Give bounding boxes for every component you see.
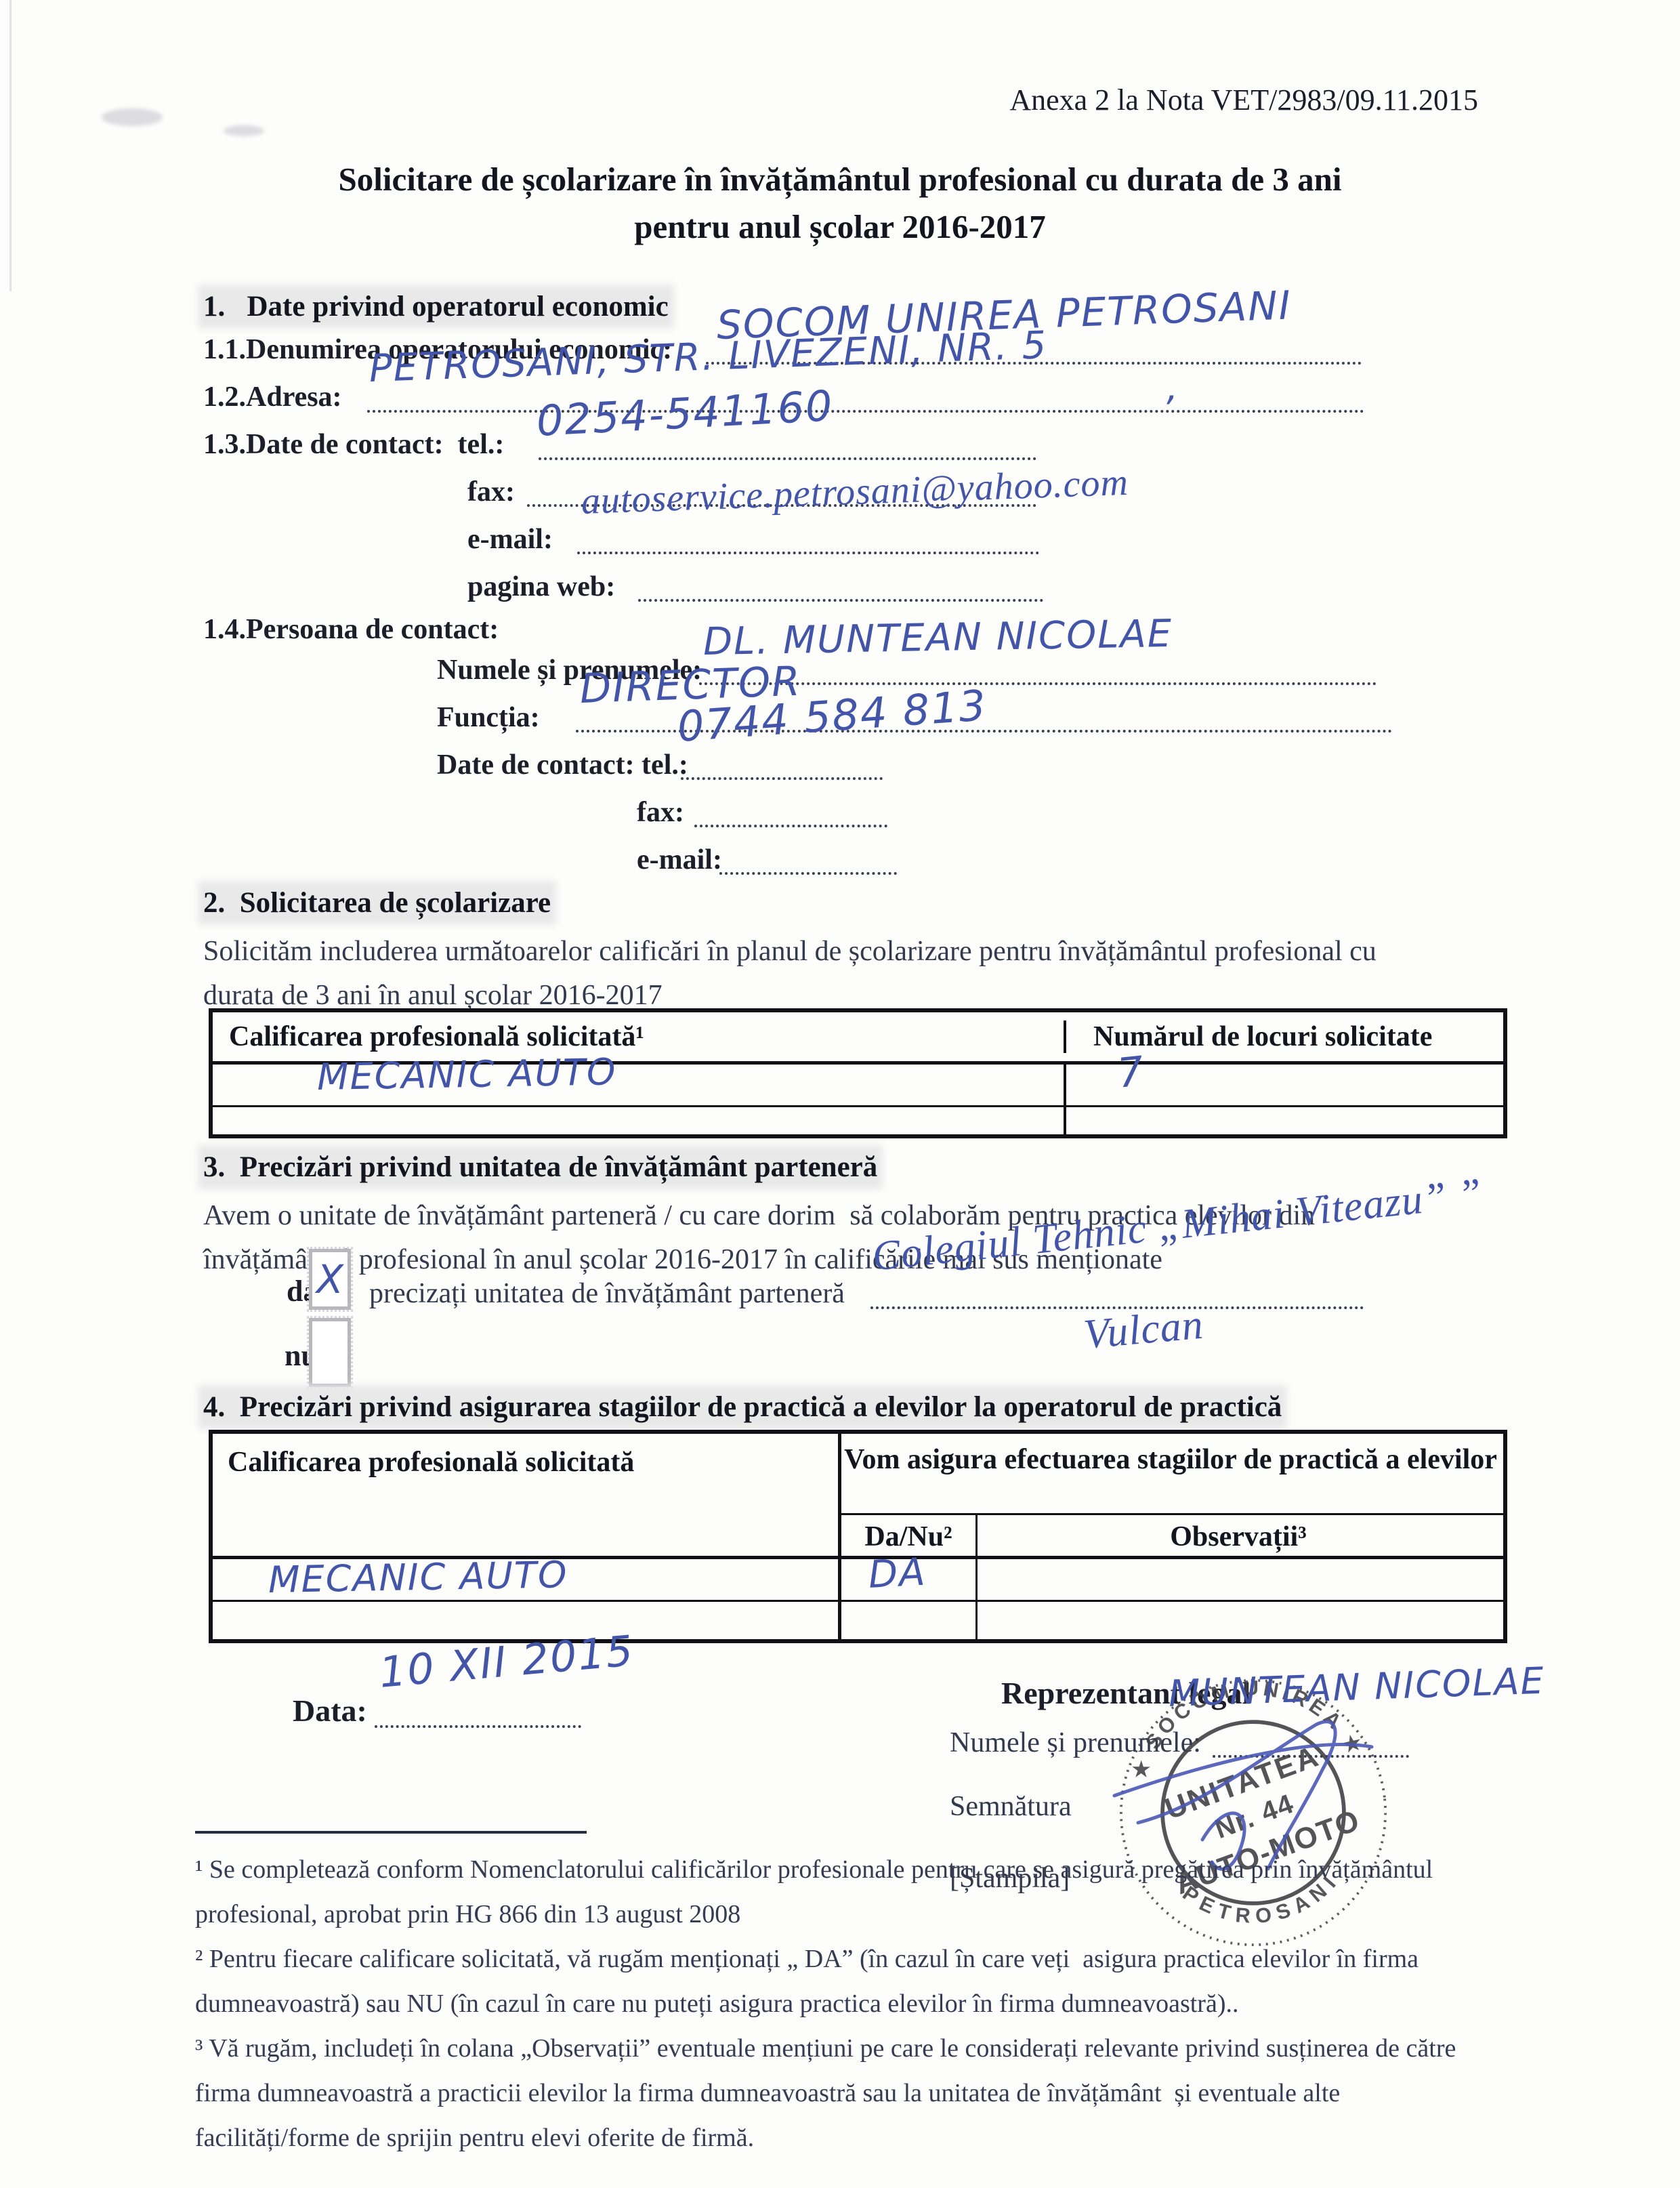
- scan-smudge: [224, 125, 264, 136]
- email-handwritten: autoservice.petrosani@yahoo.com: [581, 461, 1129, 523]
- yes-checkbox-mark: X: [316, 1256, 343, 1302]
- form-title-line2: pentru anul școlar 2016-2017: [0, 207, 1680, 246]
- dotted-line: [694, 825, 887, 827]
- partner-school-handwritten-line2: Vulcan: [1082, 1301, 1206, 1359]
- practice-danu-handwritten: DA: [867, 1550, 927, 1597]
- dotted-line: [719, 872, 897, 875]
- table-line: [838, 1434, 841, 1639]
- form-title-line1: Solicitare de școlarizare în învățământu…: [0, 160, 1680, 199]
- qualification-handwritten: MECANIC AUTO: [316, 1050, 617, 1098]
- seats-handwritten: 7: [1115, 1048, 1147, 1098]
- scan-edge-artifact: [9, 0, 12, 291]
- footnote-2: ² Pentru fiecare calificare solicitată, …: [195, 1937, 1499, 2026]
- section2-heading-wrap: 2. Solicitarea de școlarizare: [203, 886, 551, 920]
- scan-smudge: [102, 108, 163, 126]
- dotted-line: [539, 457, 1036, 460]
- footnote-separator: [195, 1831, 587, 1834]
- field-person-tel-label: Date de contact: tel.:: [437, 749, 688, 781]
- practice-qualification-handwritten: MECANIC AUTO: [268, 1553, 568, 1601]
- dotted-line: [367, 410, 1364, 413]
- footnote-1: ¹ Se completează conform Nomenclatorului…: [195, 1847, 1499, 1937]
- section4-heading: 4. Precizări privind asigurarea stagiilo…: [203, 1390, 1282, 1424]
- field-person-email-label: e-mail:: [637, 844, 722, 876]
- partner-school-prompt: precizați unitatea de învățământ partene…: [369, 1277, 845, 1310]
- field-person-fax-label: fax:: [637, 796, 684, 829]
- col-qualification-header: Calificarea profesională solicitată¹: [213, 1020, 1066, 1053]
- field-contact-person-label: 1.4.Persoana de contact:: [203, 613, 499, 646]
- field-fax-label: fax:: [467, 476, 515, 508]
- section3-heading: 3. Precizări privind unitatea de învățăm…: [203, 1151, 877, 1184]
- footnotes-block: ¹ Se completează conform Nomenclatorului…: [195, 1847, 1499, 2160]
- field-web-label: pagina web:: [467, 571, 615, 603]
- no-checkbox: [309, 1318, 351, 1387]
- practice-observations-header: Observații³: [978, 1521, 1499, 1553]
- section3-heading-wrap: 3. Precizări privind unitatea de învățăm…: [203, 1151, 877, 1184]
- yes-checkbox: X: [309, 1249, 351, 1310]
- telephone-handwritten: 0254-541160: [535, 381, 835, 446]
- section2-heading: 2. Solicitarea de școlarizare: [203, 886, 551, 920]
- section2-intro: Solicităm includerea următoarelor califi…: [203, 930, 1436, 1018]
- dotted-line: [681, 777, 883, 780]
- signature-label: Semnătura: [950, 1790, 1072, 1823]
- field-email-label: e-mail:: [467, 523, 553, 556]
- table-line: [975, 1515, 978, 1639]
- table-line: [841, 1513, 1503, 1515]
- date-label: Data:: [293, 1693, 367, 1729]
- section1-heading: 1. Date privind operatorul economic: [203, 290, 669, 323]
- practice-table: Calificarea profesională solicitată Vom …: [209, 1430, 1507, 1643]
- field-address-label: 1.2.Adresa:: [203, 381, 342, 413]
- scanned-form-page: Anexa 2 la Nota VET/2983/09.11.2015 Soli…: [0, 0, 1680, 2188]
- stray-ink-mark: ,: [1167, 366, 1179, 409]
- dotted-line: [577, 552, 1039, 554]
- section4-heading-wrap: 4. Precizări privind asigurarea stagiilo…: [203, 1390, 1282, 1424]
- field-role-label: Funcția:: [437, 701, 540, 734]
- table-row: [213, 1107, 1503, 1134]
- annex-reference: Anexa 2 la Nota VET/2983/09.11.2015: [1009, 83, 1478, 117]
- table-line: [213, 1600, 1503, 1602]
- field-contact-tel-label: 1.3.Date de contact: tel.:: [203, 428, 504, 461]
- practice-danu-header: Da/Nu²: [841, 1521, 975, 1553]
- section1-heading-wrap: 1. Date privind operatorul economic: [203, 290, 669, 323]
- practice-group-header: Vom asigura efectuarea stagiilor de prac…: [841, 1441, 1500, 1479]
- person-name-handwritten: DL. MUNTEAN NICOLAE: [702, 612, 1173, 664]
- practice-col1-header: Calificarea profesională solicitată: [228, 1446, 824, 1479]
- dotted-line: [638, 599, 1043, 602]
- footnote-3: ³ Vă rugăm, includeți în colana „Observa…: [195, 2026, 1499, 2160]
- dotted-line: [375, 1725, 581, 1728]
